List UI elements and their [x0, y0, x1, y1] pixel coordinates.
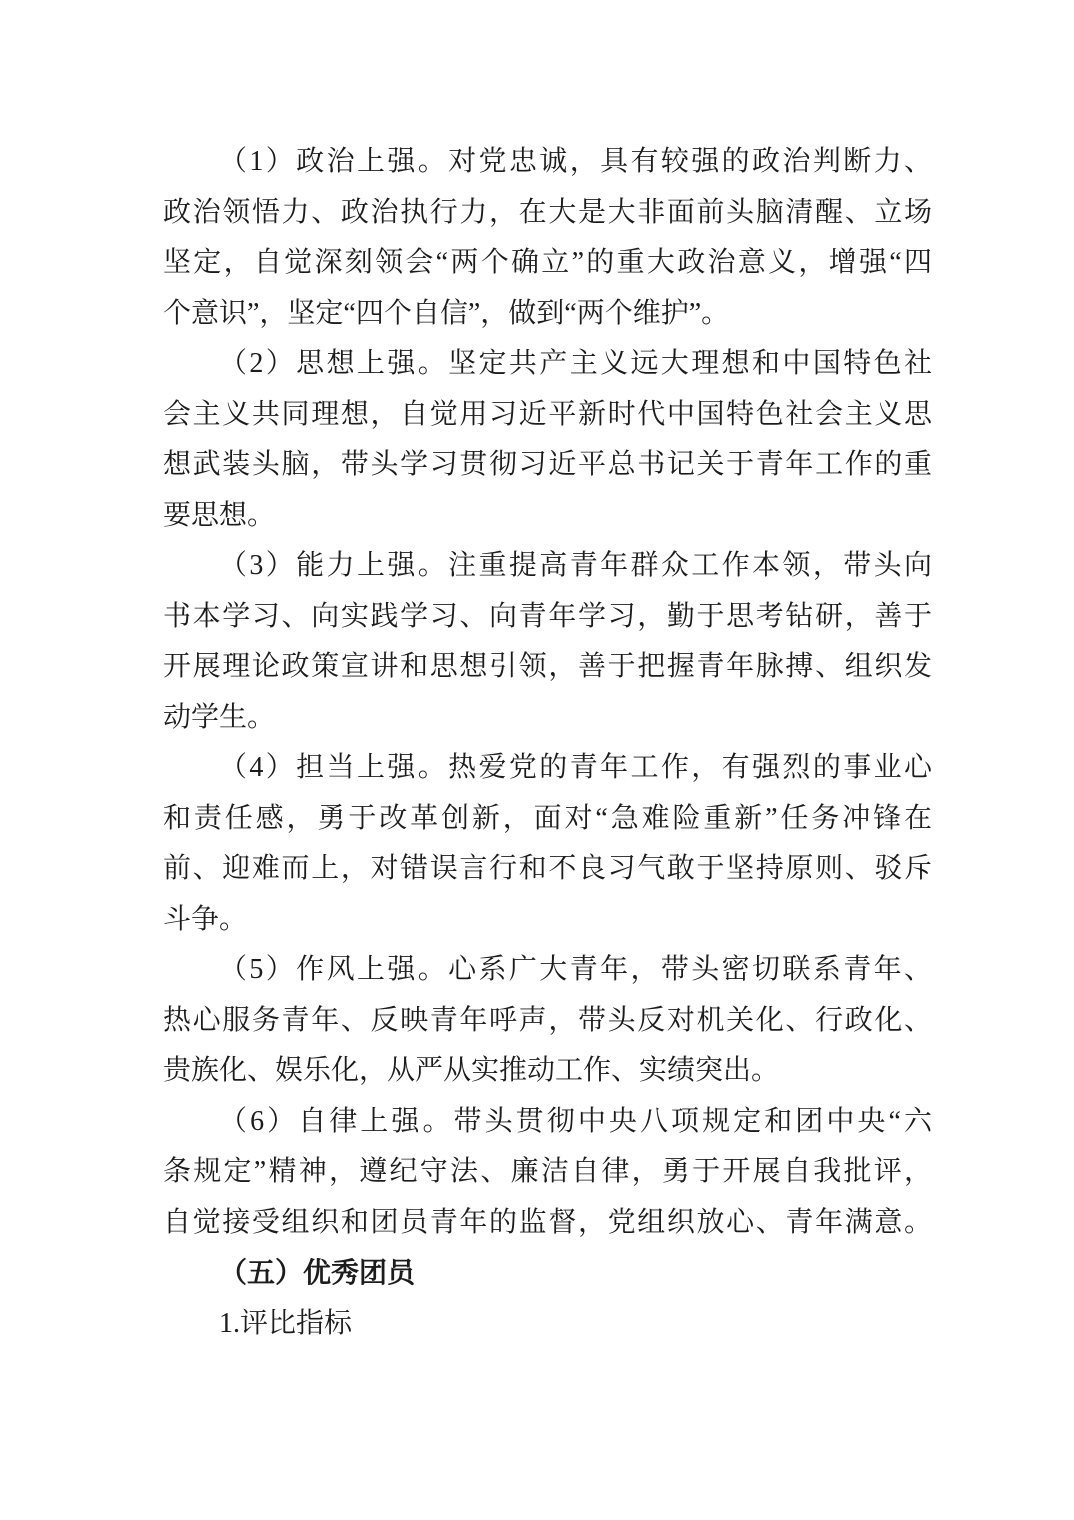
paragraph: （3）能力上强。注重提高青年群众工作本领，带头向书本学习、向实践学习、向青年学习… — [163, 541, 932, 743]
text-line: 前、迎难而上，对错误言行和不良习气敢于坚持原则、驳斥 — [163, 844, 932, 895]
text-line: 书本学习、向实践学习、向青年学习，勤于思考钻研，善于 — [163, 592, 932, 643]
text-line: 动学生。 — [163, 693, 932, 744]
text-line: 会主义共同理想，自觉用习近平新时代中国特色社会主义思 — [163, 390, 932, 441]
text-line: 个意识”，坚定“四个自信”，做到“两个维护”。 — [163, 289, 932, 340]
text-line: （6）自律上强。带头贯彻中央八项规定和团中央“六 — [163, 1097, 932, 1148]
text-line: 和责任感，勇于改革创新，面对“急难险重新”任务冲锋在 — [163, 794, 932, 845]
text-line: 坚定，自觉深刻领会“两个确立”的重大政治意义，增强“四 — [163, 238, 932, 289]
text-line: （1）政治上强。对党忠诚，具有较强的政治判断力、 — [163, 137, 932, 188]
text-line: （5）作风上强。心系广大青年，带头密切联系青年、 — [163, 945, 932, 996]
text-line: 政治领悟力、政治执行力，在大是大非面前头脑清醒、立场 — [163, 188, 932, 239]
text-line: 1.评比指标 — [163, 1299, 932, 1350]
subheading: 1.评比指标 — [163, 1299, 932, 1350]
heading: （五）优秀团员 — [163, 1248, 932, 1299]
text-line: （五）优秀团员 — [163, 1248, 932, 1299]
text-line: 贵族化、娱乐化，从严从实推动工作、实绩突出。 — [163, 1046, 932, 1097]
text-line: 想武装头脑，带头学习贯彻习近平总书记关于青年工作的重 — [163, 440, 932, 491]
text-line: 自觉接受组织和团员青年的监督，党组织放心、青年满意。 — [163, 1198, 932, 1249]
paragraph: （2）思想上强。坚定共产主义远大理想和中国特色社会主义共同理想，自觉用习近平新时… — [163, 339, 932, 541]
text-line: 条规定”精神，遵纪守法、廉洁自律，勇于开展自我批评， — [163, 1147, 932, 1198]
text-line: 要思想。 — [163, 491, 932, 542]
paragraph: （4）担当上强。热爱党的青年工作，有强烈的事业心和责任感，勇于改革创新，面对“急… — [163, 743, 932, 945]
document-body: （1）政治上强。对党忠诚，具有较强的政治判断力、政治领悟力、政治执行力，在大是大… — [163, 137, 932, 1349]
text-line: 热心服务青年、反映青年呼声，带头反对机关化、行政化、 — [163, 996, 932, 1047]
paragraph: （5）作风上强。心系广大青年，带头密切联系青年、热心服务青年、反映青年呼声，带头… — [163, 945, 932, 1097]
text-line: 开展理论政策宣讲和思想引领，善于把握青年脉搏、组织发 — [163, 642, 932, 693]
paragraph: （1）政治上强。对党忠诚，具有较强的政治判断力、政治领悟力、政治执行力，在大是大… — [163, 137, 932, 339]
text-line: （4）担当上强。热爱党的青年工作，有强烈的事业心 — [163, 743, 932, 794]
text-line: （3）能力上强。注重提高青年群众工作本领，带头向 — [163, 541, 932, 592]
document-page: （1）政治上强。对党忠诚，具有较强的政治判断力、政治领悟力、政治执行力，在大是大… — [0, 0, 1074, 1520]
text-line: （2）思想上强。坚定共产主义远大理想和中国特色社 — [163, 339, 932, 390]
paragraph: （6）自律上强。带头贯彻中央八项规定和团中央“六条规定”精神，遵纪守法、廉洁自律… — [163, 1097, 932, 1249]
text-line: 斗争。 — [163, 895, 932, 946]
